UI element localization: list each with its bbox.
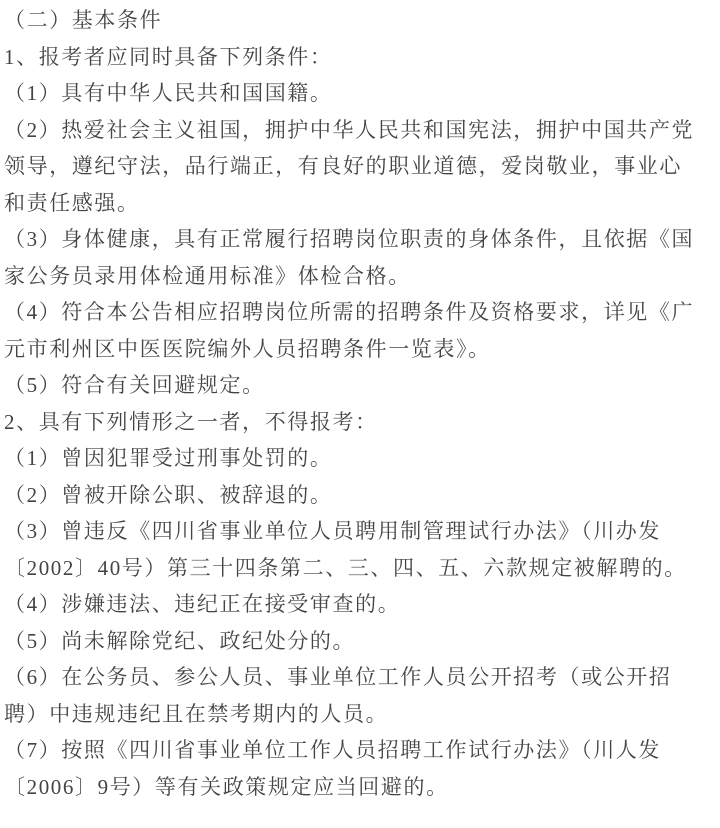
text-line: （2）热爱社会主义祖国，拥护中华人民共和国宪法，拥护中国共产党 [4, 112, 712, 149]
text-line: （1）具有中华人民共和国国籍。 [4, 75, 712, 112]
text-line: （6）在公务员、参公人员、事业单位工作人员公开招考（或公开招 [4, 659, 712, 696]
text-line: 领导，遵纪守法，品行端正，有良好的职业道德，爱岗敬业，事业心 [4, 148, 712, 185]
section-heading: （二）基本条件 [4, 2, 712, 39]
document-page: （二）基本条件 1、报考者应同时具备下列条件： （1）具有中华人民共和国国籍。 … [0, 0, 720, 828]
text-line: 和责任感强。 [4, 185, 712, 222]
text-line: 2、具有下列情形之一者，不得报考： [4, 404, 712, 441]
text-line: （3）身体健康，具有正常履行招聘岗位职责的身体条件，且依据《国 [4, 221, 712, 258]
text-line: （5）尚未解除党纪、政纪处分的。 [4, 623, 712, 660]
text-line: （2）曾被开除公职、被辞退的。 [4, 477, 712, 514]
document-body: （二）基本条件 1、报考者应同时具备下列条件： （1）具有中华人民共和国国籍。 … [4, 2, 712, 805]
text-line: 聘）中违规违纪且在禁考期内的人员。 [4, 696, 712, 733]
text-line: （7）按照《四川省事业单位工作人员招聘工作试行办法》（川人发 [4, 732, 712, 769]
text-line: 〔2006〕9号）等有关政策规定应当回避的。 [4, 769, 712, 806]
text-line: （3）曾违反《四川省事业单位人员聘用制管理试行办法》（川办发 [4, 513, 712, 550]
text-line: 〔2002〕40号）第三十四条第二、三、四、五、六款规定被解聘的。 [4, 550, 712, 587]
text-line: （5）符合有关回避规定。 [4, 367, 712, 404]
text-line: 1、报考者应同时具备下列条件： [4, 39, 712, 76]
text-line: 家公务员录用体检通用标准》体检合格。 [4, 258, 712, 295]
text-line: 元市利州区中医医院编外人员招聘条件一览表》。 [4, 331, 712, 368]
text-line: （4）符合本公告相应招聘岗位所需的招聘条件及资格要求，详见《广 [4, 294, 712, 331]
text-line: （1）曾因犯罪受过刑事处罚的。 [4, 440, 712, 477]
text-line: （4）涉嫌违法、违纪正在接受审查的。 [4, 586, 712, 623]
